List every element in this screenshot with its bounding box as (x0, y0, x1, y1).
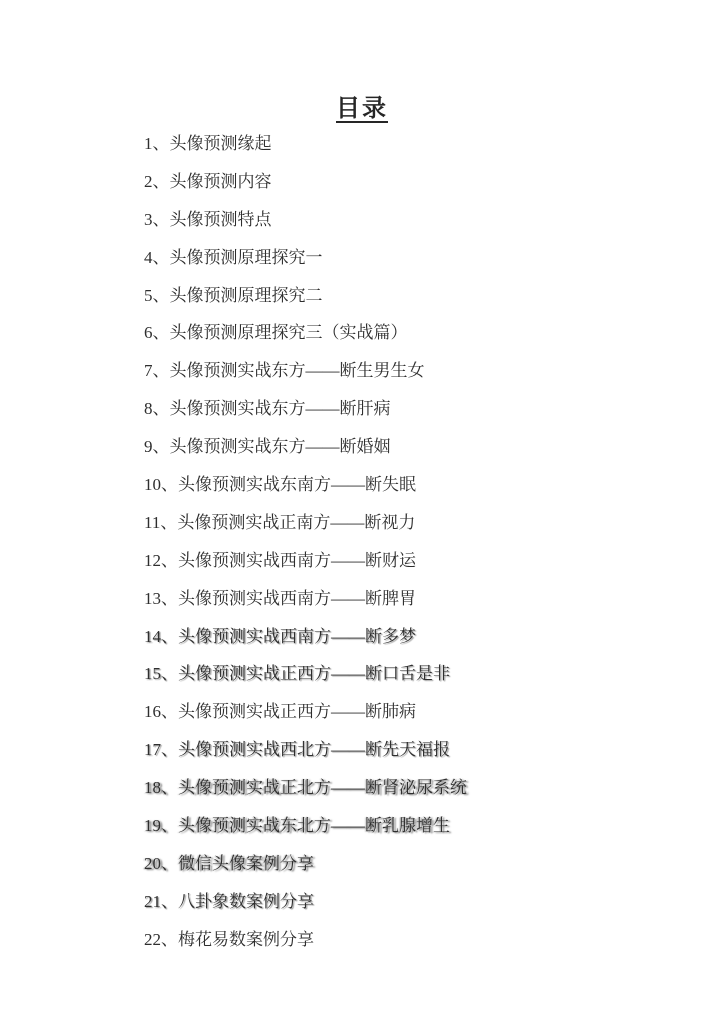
toc-item-16: 16、头像预测实战正西方——断肺病 (144, 693, 467, 731)
toc-item-6: 6、头像预测原理探究三（实战篇） (144, 314, 467, 352)
toc-item-18: 18、头像预测实战正北方——断肾泌尿系统 (144, 769, 467, 807)
toc-item-4: 4、头像预测原理探究一 (144, 239, 467, 277)
toc-item-11: 11、头像预测实战正南方——断视力 (144, 504, 467, 542)
toc-item-19: 19、头像预测实战东北方——断乳腺增生 (144, 807, 467, 845)
toc-item-17: 17、头像预测实战西北方——断先天福报 (144, 731, 467, 769)
toc-item-14: 14、头像预测实战西南方——断多梦 (144, 618, 467, 656)
toc-item-13: 13、头像预测实战西南方——断脾胃 (144, 580, 467, 618)
toc-item-8: 8、头像预测实战东方——断肝病 (144, 390, 467, 428)
toc-item-20: 20、微信头像案例分享 (144, 845, 467, 883)
toc-item-7: 7、头像预测实战东方——断生男生女 (144, 352, 467, 390)
toc-list: 1、头像预测缘起 2、头像预测内容 3、头像预测特点 4、头像预测原理探究一 5… (144, 125, 467, 959)
toc-item-10: 10、头像预测实战东南方——断失眠 (144, 466, 467, 504)
toc-item-22: 22、梅花易数案例分享 (144, 921, 467, 959)
toc-item-15: 15、头像预测实战正西方——断口舌是非 (144, 655, 467, 693)
document-page: 目录 1、头像预测缘起 2、头像预测内容 3、头像预测特点 4、头像预测原理探究… (0, 0, 724, 1024)
toc-item-3: 3、头像预测特点 (144, 201, 467, 239)
toc-item-2: 2、头像预测内容 (144, 163, 467, 201)
page-title: 目录 (0, 88, 724, 123)
toc-item-5: 5、头像预测原理探究二 (144, 277, 467, 315)
toc-item-12: 12、头像预测实战西南方——断财运 (144, 542, 467, 580)
toc-item-1: 1、头像预测缘起 (144, 125, 467, 163)
toc-item-9: 9、头像预测实战东方——断婚姻 (144, 428, 467, 466)
toc-item-21: 21、八卦象数案例分享 (144, 883, 467, 921)
